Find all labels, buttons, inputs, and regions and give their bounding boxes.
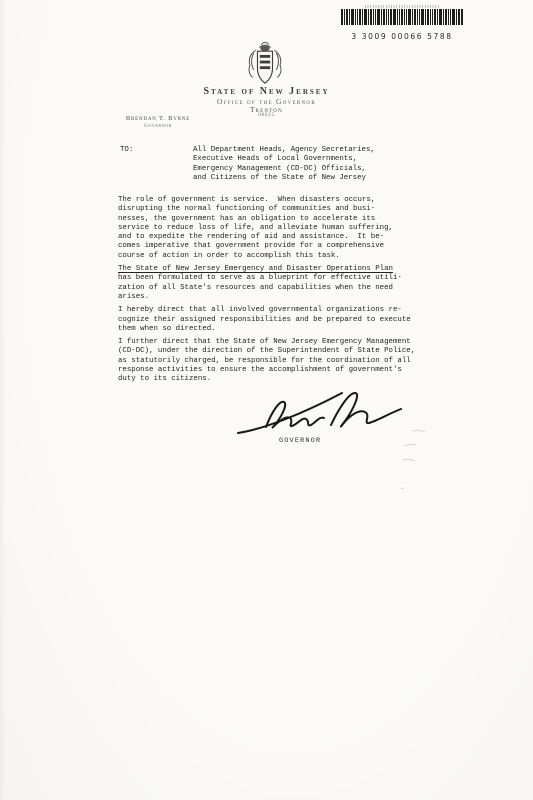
barcode-number: 3 3009 00066 5788 [340, 32, 464, 41]
sender-name: Brendan T. Byrne [108, 115, 208, 122]
letter-body: The role of government is service. When … [118, 196, 426, 389]
nj-state-crest-icon [246, 39, 284, 86]
paragraph-2-rest: has been formulated to serve as a bluepr… [118, 274, 402, 301]
barcode [341, 9, 463, 26]
letterhead-office: Office of the Governor [0, 97, 533, 106]
typed-governor-title: GOVERNOR [279, 437, 321, 445]
barcode-block: 3 3009 00066 5788 [340, 5, 464, 41]
barcode-microtext [365, 5, 439, 8]
plan-title-underlined: The State of New Jersey Emergency and Di… [118, 265, 393, 273]
faint-stamp-marks [397, 426, 439, 504]
scanned-letter-page: 3 3009 00066 5788 State of New Jersey Of… [0, 0, 533, 800]
paragraph-2: The State of New Jersey Emergency and Di… [118, 265, 426, 302]
sender-title: Governor [108, 123, 208, 129]
sender-block: Brendan T. Byrne Governor [108, 115, 208, 129]
paragraph-1: The role of government is service. When … [118, 196, 426, 261]
governor-signature [236, 386, 404, 438]
letterhead-state-name: State of New Jersey [0, 86, 533, 97]
letterhead-zip: 08625 [0, 113, 533, 118]
paragraph-3: I hereby direct that all involved govern… [118, 306, 426, 334]
paragraph-4: I further direct that the State of New J… [118, 338, 426, 384]
to-label: TO: [120, 146, 133, 155]
to-recipients: All Department Heads, Agency Secretaries… [193, 146, 423, 183]
